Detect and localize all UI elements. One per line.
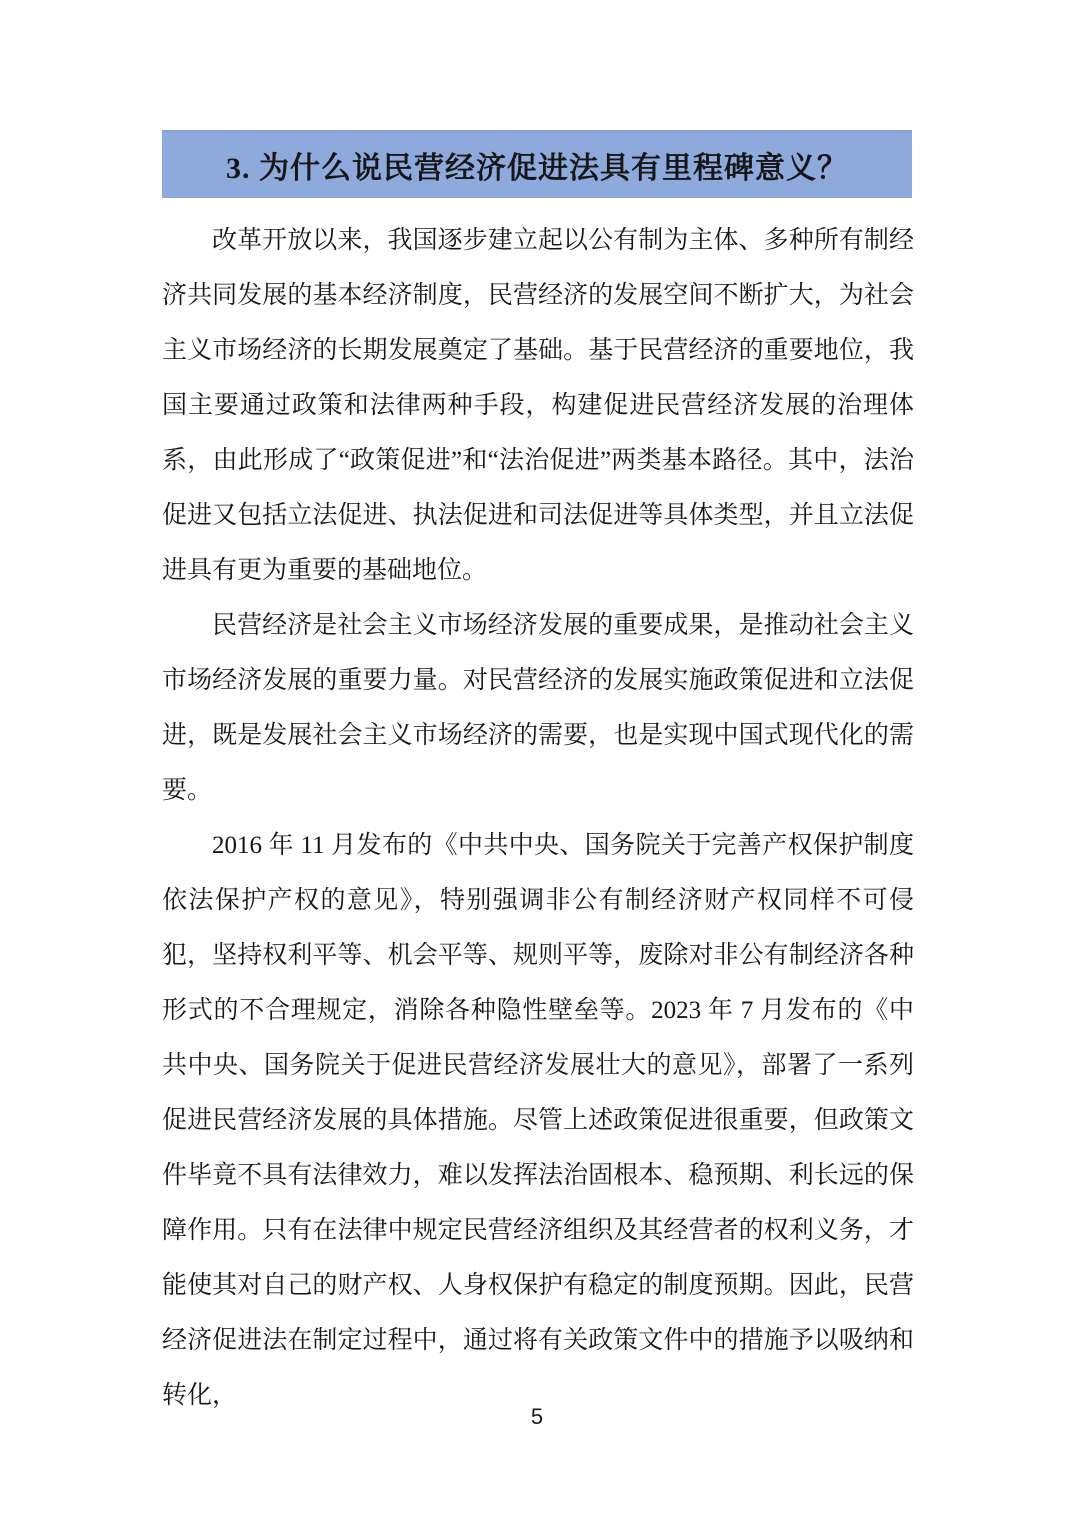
- body-paragraph: 民营经济是社会主义市场经济发展的重要成果，是推动社会主义市场经济发展的重要力量。…: [162, 598, 914, 818]
- document-page: 3. 为什么说民营经济促进法具有里程碑意义？ 改革开放以来，我国逐步建立起以公有…: [0, 0, 1074, 1520]
- document-body: 改革开放以来，我国逐步建立起以公有制为主体、多种所有制经济共同发展的基本经济制度…: [162, 213, 914, 1423]
- body-paragraph: 改革开放以来，我国逐步建立起以公有制为主体、多种所有制经济共同发展的基本经济制度…: [162, 213, 914, 598]
- section-heading: 3. 为什么说民营经济促进法具有里程碑意义？: [226, 143, 848, 187]
- page-number: 5: [0, 1404, 1074, 1430]
- body-paragraph: 2016 年 11 月发布的《中共中央、国务院关于完善产权保护制度依法保护产权的…: [162, 818, 914, 1423]
- section-heading-bar: 3. 为什么说民营经济促进法具有里程碑意义？: [162, 130, 912, 198]
